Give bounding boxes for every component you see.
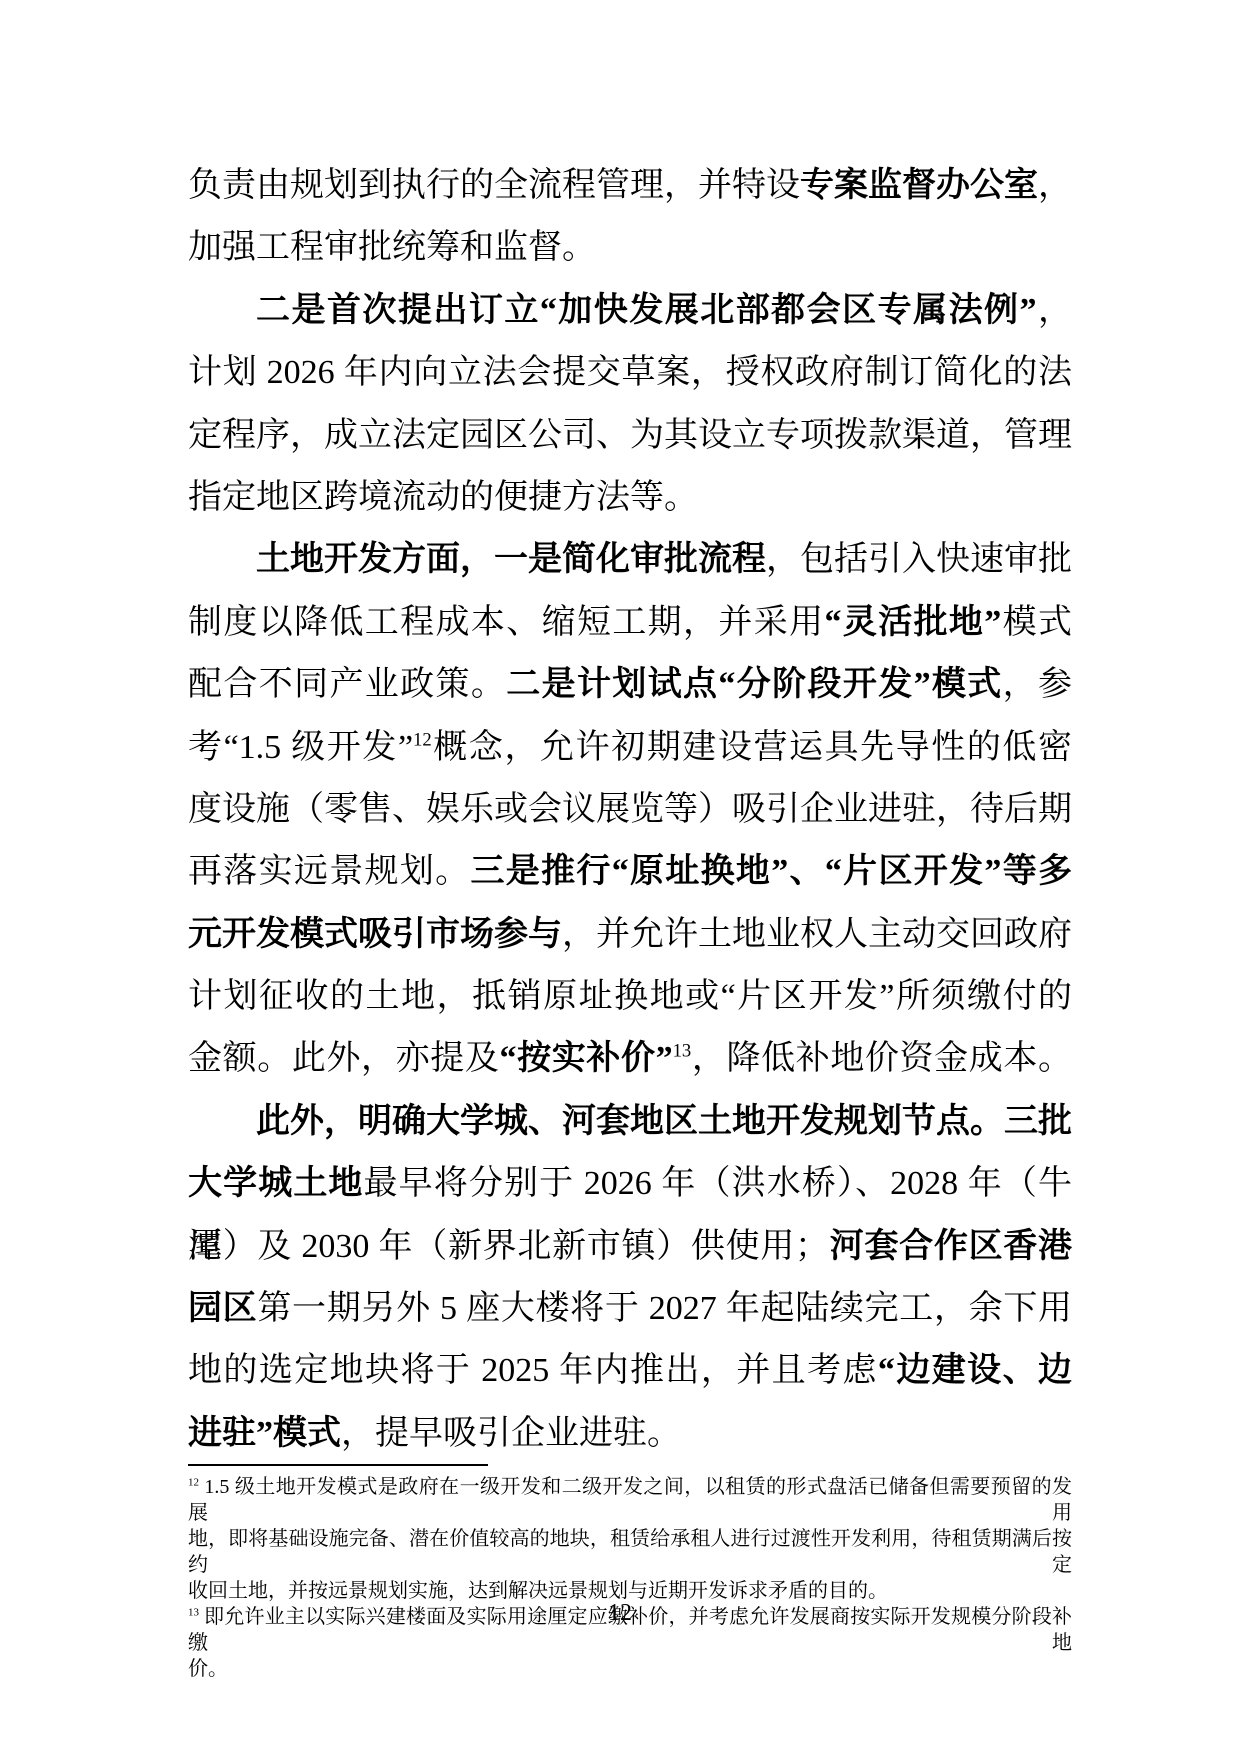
text-run: 价。 [188,1658,228,1680]
text-run: 大学城土地 [188,1165,364,1202]
text-run: ，提早吸引企业进驻。 [341,1415,681,1452]
text-run: 计划征收的土地，抵销原址换地或“片区开发”所须缴付的 [188,978,1072,1015]
body-line: 加强工程审批统筹和监督。 [188,217,1072,279]
text-run: 第一期另外 5 座大楼将于 2027 年起陆续完工，余下用 [257,1290,1072,1327]
text-run: ，降低补地价资金成本。 [691,1040,1072,1077]
text-run: 河套合作区香港 [829,1228,1072,1265]
footnote-line: 12 1.5 级土地开发模式是政府在一级开发和二级开发之间，以租赁的形式盘活已储… [188,1474,1072,1526]
text-run: “按实补价” [500,1040,673,1077]
body-line: 负责由规划到执行的全流程管理，并特设专案监督办公室， [188,155,1072,217]
text-run: 地的选定地块将于 2025 年内推出，并且考虑 [188,1352,878,1389]
body-line: 园区第一期另外 5 座大楼将于 2027 年起陆续完工，余下用 [188,1278,1072,1340]
text-run: 加强工程审批统筹和监督。 [188,229,596,266]
footnote-ref: 12 [413,729,432,750]
body-line: 进驻”模式，提早吸引企业进驻。 [188,1403,1072,1465]
text-run: 三是推行“原址换地”、“片区开发”等多 [470,853,1072,890]
body-line: 大学城土地最早将分别于 2026 年（洪水桥）、2028 年（牛潭 [188,1153,1072,1215]
footnote-separator [188,1464,488,1466]
footnote-area: 12 1.5 级土地开发模式是政府在一级开发和二级开发之间，以租赁的形式盘活已储… [188,1474,1072,1682]
body-line: 尾）及 2030 年（新界北新市镇）供使用；河套合作区香港 [188,1216,1072,1278]
body-line: 计划征收的土地，抵销原址换地或“片区开发”所须缴付的 [188,966,1072,1028]
text-run: 配合不同产业政策。 [188,666,506,703]
body-line: 计划 2026 年内向立法会提交草案，授权政府制订简化的法 [188,342,1072,404]
text-run: “边建设、边 [878,1352,1072,1389]
text-run: 1.5 级土地开发模式是政府在一级开发和二级开发之间，以租赁的形式盘活已储备但需… [188,1476,1072,1524]
text-run: 计划 2026 年内向立法会提交草案，授权政府制订简化的法 [188,354,1072,391]
text-run: 尾）及 2030 年（新界北新市镇）供使用； [188,1228,829,1265]
text-run: 度设施（零售、娱乐或会议展览等）吸引企业进驻，待后期 [188,791,1072,828]
text-run: 此外，明确大学城、河套地区土地开发规划节点。三批 [256,1103,1072,1140]
document-page: 负责由规划到执行的全流程管理，并特设专案监督办公室，加强工程审批统筹和监督。二是… [0,0,1240,1754]
footnote-line: 价。 [188,1656,1072,1682]
text-run: 模式 [1001,604,1072,641]
text-run: 负责由规划到执行的全流程管理，并特设 [188,167,800,204]
text-run: 地，即将基础设施完备、潜在价值较高的地块，租赁给承租人进行过渡性开发利用，待租赁… [188,1528,1072,1576]
body-line: 二是首次提出订立“加快发展北部都会区专属法例”， [188,280,1072,342]
text-run: 收回土地，并按远景规划实施，达到解决远景规划与近期开发诉求矛盾的目的。 [188,1580,888,1602]
text-run: 考“1.5 级开发” [188,729,413,766]
body-line: 此外，明确大学城、河套地区土地开发规划节点。三批 [188,1091,1072,1153]
text-run: 概念，允许初期建设营运具先导性的低密 [432,729,1072,766]
text-run: 再落实远景规划。 [188,853,470,890]
text-run: 金额。此外，亦提及 [188,1040,500,1077]
text-run: 定程序，成立法定园区公司、为其设立专项拨款渠道，管理 [188,417,1072,454]
text-run: ，参 [1003,666,1072,703]
text-run: 进驻”模式 [188,1415,341,1452]
text-run: ，包括引入快速审批 [766,541,1072,578]
footnote-ref: 13 [673,1041,692,1062]
footnote-line: 地，即将基础设施完备、潜在价值较高的地块，租赁给承租人进行过渡性开发利用，待租赁… [188,1526,1072,1578]
body-line: 考“1.5 级开发”12概念，允许初期建设营运具先导性的低密 [188,717,1072,779]
text-run: 园区 [188,1290,257,1327]
body-line: 定程序，成立法定园区公司、为其设立专项拨款渠道，管理 [188,405,1072,467]
body-line: 土地开发方面，一是简化审批流程，包括引入快速审批 [188,529,1072,591]
body-line: 指定地区跨境流动的便捷方法等。 [188,467,1072,529]
text-run: ， [1038,167,1072,204]
body-text: 负责由规划到执行的全流程管理，并特设专案监督办公室，加强工程审批统筹和监督。二是… [188,155,1072,1465]
text-run: ，并允许土地业权人主动交回政府 [562,916,1072,953]
body-line: 度设施（零售、娱乐或会议展览等）吸引企业进驻，待后期 [188,779,1072,841]
body-line: 配合不同产业政策。二是计划试点“分阶段开发”模式，参 [188,654,1072,716]
text-run: 土地开发方面，一是简化审批流程 [256,541,766,578]
body-line: 元开发模式吸引市场参与，并允许土地业权人主动交回政府 [188,904,1072,966]
page-number: 12 [0,1600,1240,1627]
text-run: 指定地区跨境流动的便捷方法等。 [188,479,698,516]
text-run: 制度以降低工程成本、缩短工期，并采用 [188,604,824,641]
body-line: 再落实远景规划。三是推行“原址换地”、“片区开发”等多 [188,841,1072,903]
text-run: 元开发模式吸引市场参与 [188,916,562,953]
body-line: 地的选定地块将于 2025 年内推出，并且考虑“边建设、边 [188,1340,1072,1402]
body-line: 金额。此外，亦提及“按实补价”13，降低补地价资金成本。 [188,1028,1072,1090]
body-line: 制度以降低工程成本、缩短工期，并采用“灵活批地”模式 [188,592,1072,654]
text-run: 二是计划试点“分阶段开发”模式 [506,666,1002,703]
footnote-ref: 12 [188,1476,199,1488]
text-run: “灵活批地” [824,604,1001,641]
text-run: ， [1037,292,1072,329]
text-run: 二是首次提出订立“加快发展北部都会区专属法例” [256,292,1037,329]
text-run: 专案监督办公室 [800,167,1038,204]
